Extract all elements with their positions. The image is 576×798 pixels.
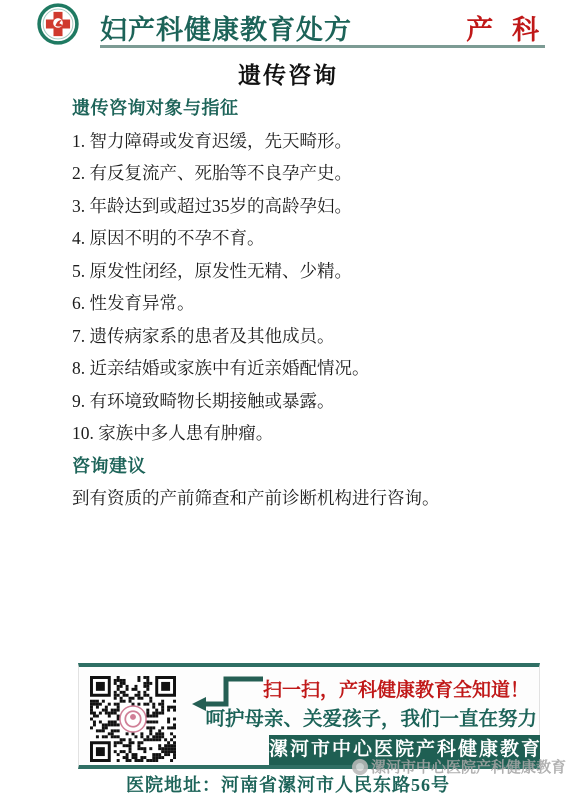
advice-text: 到有资质的产前筛查和产前诊断机构进行咨询。 — [72, 482, 546, 515]
list-item: 5. 原发性闭经，原发性无精、少精。 — [72, 255, 546, 288]
page-title: 遗传咨询 — [0, 57, 576, 90]
document-body: 遗传咨询对象与指征 1. 智力障碍或发育迟缓，先天畸形。 2. 有反复流产、死胎… — [72, 92, 546, 515]
hospital-emblem-icon — [37, 3, 79, 45]
section-heading-advice: 咨询建议 — [72, 450, 546, 483]
header-title: 妇产科健康教育处方 — [100, 8, 352, 47]
prescription-page: 妇产科健康教育处方 产 科 遗传咨询 遗传咨询对象与指征 1. 智力障碍或发育迟… — [0, 0, 576, 798]
scan-slogan-secondary: 呵护母亲、关爱孩子，我们一直在努力 — [205, 703, 537, 731]
list-item: 10. 家族中多人患有肿瘤。 — [72, 417, 546, 450]
section-heading-indications: 遗传咨询对象与指征 — [72, 92, 546, 125]
header-divider — [100, 45, 545, 48]
list-item: 9. 有环境致畸物长期接触或暴露。 — [72, 385, 546, 418]
list-item: 4. 原因不明的不孕不育。 — [72, 222, 546, 255]
footer-promo-card: 扫一扫，产科健康教育全知道！ 呵护母亲、关爱孩子，我们一直在努力 漯河市中心医院… — [78, 663, 540, 769]
header-department: 产 科 — [466, 8, 545, 47]
list-item: 3. 年龄达到或超过35岁的高龄孕妇。 — [72, 190, 546, 223]
scan-slogan-primary: 扫一扫，产科健康教育全知道！ — [263, 675, 529, 702]
list-item: 8. 近亲结婚或家族中有近亲婚配情况。 — [72, 352, 546, 385]
watermark: 漯河市中心医院产科健康教育 — [352, 756, 566, 777]
list-item: 1. 智力障碍或发育迟缓，先天畸形。 — [72, 125, 546, 158]
watermark-text: 漯河市中心医院产科健康教育 — [371, 756, 566, 777]
qr-code[interactable] — [89, 676, 177, 762]
watermark-avatar-icon — [352, 759, 368, 775]
list-item: 6. 性发育异常。 — [72, 287, 546, 320]
list-item: 2. 有反复流产、死胎等不良孕产史。 — [72, 157, 546, 190]
list-item: 7. 遗传病家系的患者及其他成员。 — [72, 320, 546, 353]
